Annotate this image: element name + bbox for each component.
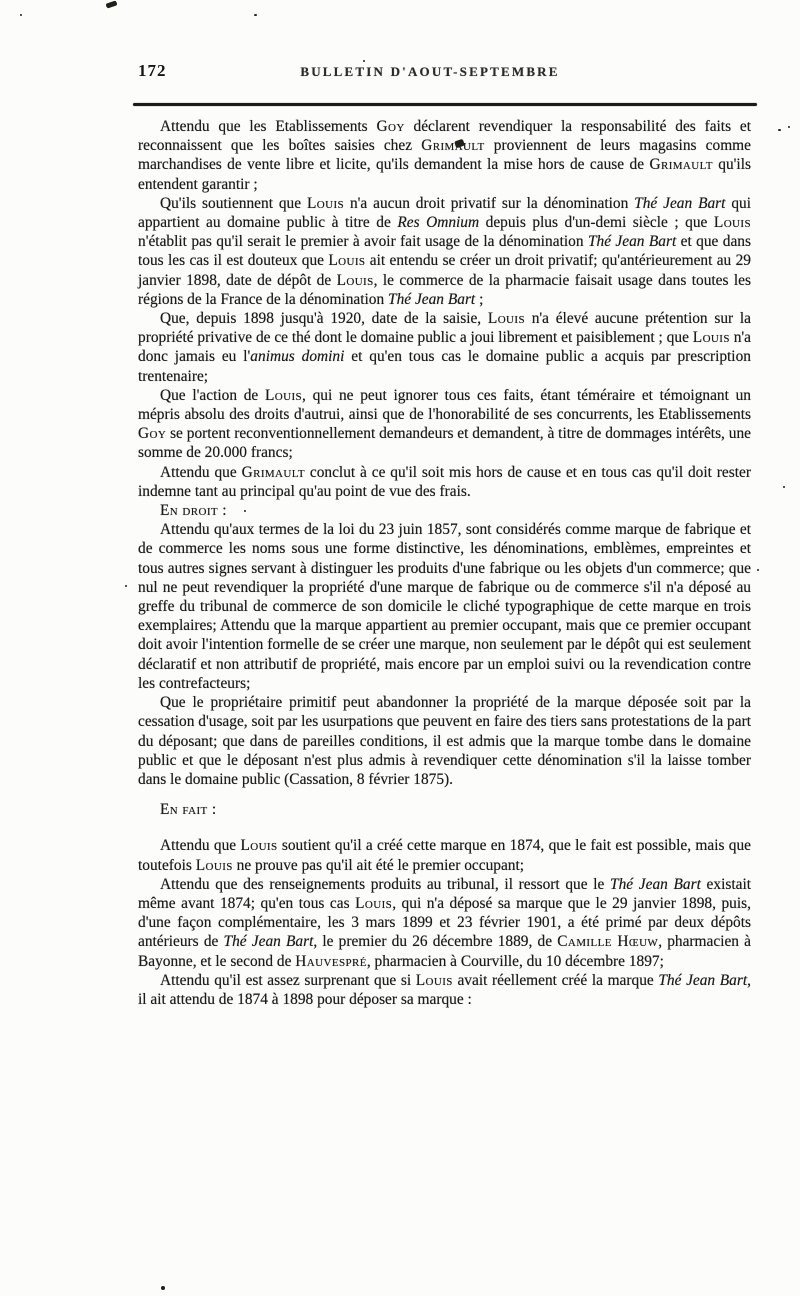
paragraph-proprietaire-primitif: Que le propriétaire primitif peut abando… [138, 693, 751, 789]
page-header-title: BULLETIN D'AOUT-SEPTEMBRE [138, 64, 722, 80]
paragraph-renseignements-tribunal: Attendu que des renseignements produits … [138, 875, 751, 971]
ink-speck [244, 510, 246, 512]
paragraph-quils-soutiennent: Qu'ils soutiennent que Louis n'a aucun d… [138, 194, 751, 309]
paragraph-que-laction: Que l'action de Louis, qui ne peut ignor… [138, 386, 751, 463]
header-divider-rule [133, 103, 757, 106]
ink-speck [363, 60, 365, 62]
body-text-column: Attendu que les Etablissements Goy décla… [138, 117, 751, 1009]
paragraph-attendu-grimault: Attendu que Grimault conclut à ce qu'il … [138, 463, 751, 501]
paragraph-attendu-goy: Attendu que les Etablissements Goy décla… [138, 117, 751, 194]
paragraph-attendu-louis-1874: Attendu que Louis soutient qu'il a créé … [138, 836, 751, 874]
ink-speck [788, 126, 790, 128]
paragraph-attendu-surprenant: Attendu qu'il est assez surprenant que s… [138, 971, 751, 1009]
section-heading-en-droit: En droit : [138, 501, 751, 520]
ink-speck [254, 14, 257, 16]
paragraph-attendu-loi-1857: Attendu qu'aux termes de la loi du 23 ju… [138, 520, 751, 693]
ink-speck [783, 486, 785, 488]
ink-speck [161, 1286, 165, 1290]
paragraph-que-depuis-1898: Que, depuis 1898 jusqu'à 1920, date de l… [138, 309, 751, 386]
ink-speck [125, 585, 127, 587]
page-header: 172 BULLETIN D'AOUT-SEPTEMBRE [138, 61, 752, 81]
section-heading-en-fait: En fait : [138, 800, 751, 819]
ink-speck [778, 129, 781, 131]
ink-speck [757, 569, 759, 571]
ink-speck [105, 0, 117, 8]
scanned-document-page: 172 BULLETIN D'AOUT-SEPTEMBRE Attendu qu… [0, 0, 800, 1296]
ink-speck [20, 14, 22, 16]
